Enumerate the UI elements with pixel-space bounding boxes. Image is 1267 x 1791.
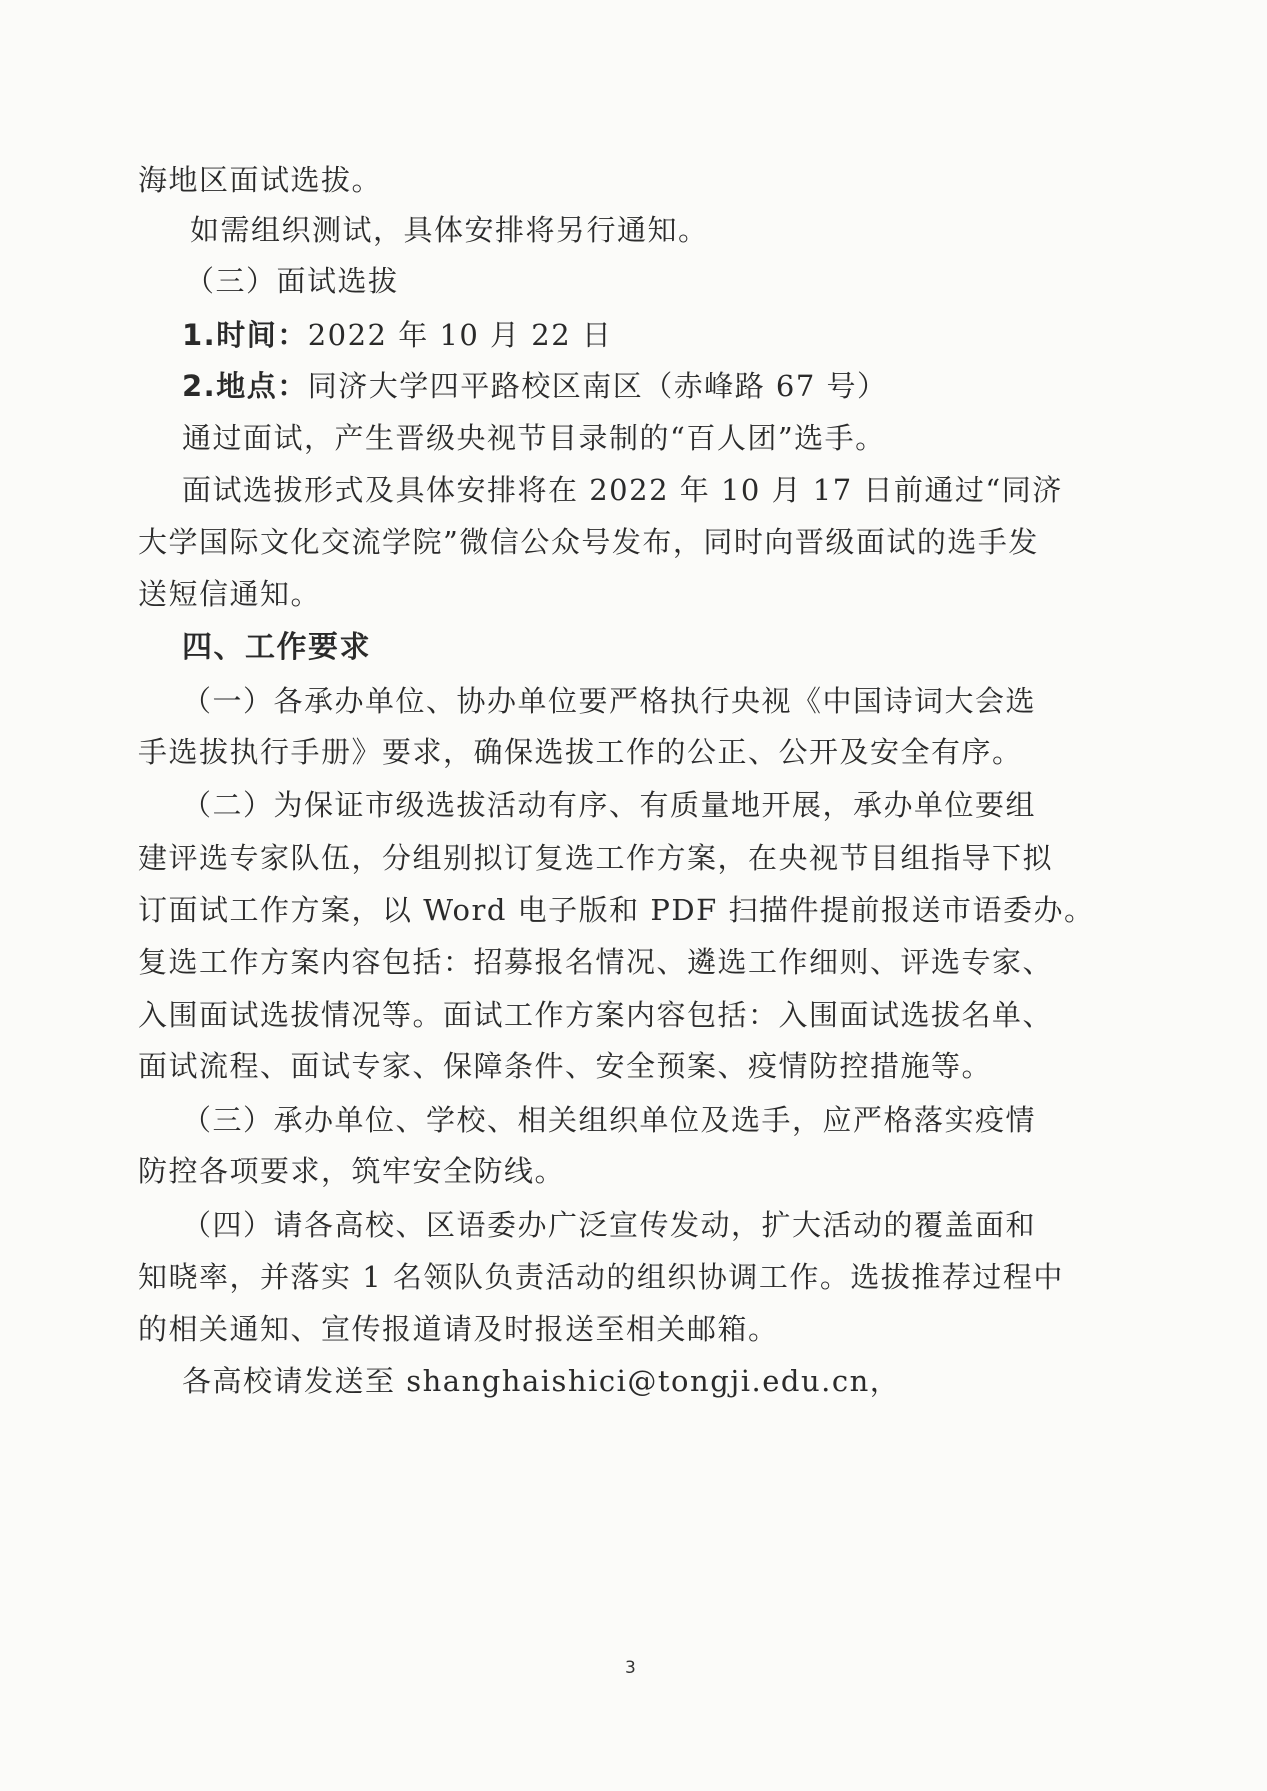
paragraph-line: 面试选拔形式及具体安排将在 2022 年 10 月 17 日前通过“同济: [182, 473, 1063, 507]
time-label: 1.时间：: [182, 318, 308, 352]
paragraph-line: 的相关通知、宣传报道请及时报送至相关邮箱。: [138, 1312, 779, 1346]
paragraph-line: 手选拔执行手册》要求，确保选拔工作的公正、公开及安全有序。: [138, 735, 1023, 769]
paragraph-line: （二）为保证市级选拔活动有序、有质量地开展，承办单位要组: [182, 788, 1036, 822]
paragraph-line: 通过面试，产生晋级央视节目录制的“百人团”选手。: [182, 421, 886, 455]
time-item: 1.时间：2022 年 10 月 22 日: [182, 318, 612, 352]
paragraph-line: 建评选专家队伍，分组别拟订复选工作方案，在央视节目组指导下拟: [138, 841, 1053, 875]
paragraph-line: 知晓率，并落实 1 名领队负责活动的组织协调工作。选拔推荐过程中: [138, 1260, 1064, 1294]
section-heading: 四、工作要求: [182, 631, 371, 665]
paragraph-line: 面试流程、面试专家、保障条件、安全预案、疫情防控措施等。: [138, 1049, 992, 1083]
paragraph-line: 大学国际文化交流学院”微信公众号发布，同时向晋级面试的选手发: [138, 525, 1039, 559]
time-value: 2022 年 10 月 22 日: [308, 318, 613, 352]
paragraph-line: 各高校请发送至 shanghaishici@tongji.edu.cn，: [182, 1364, 900, 1398]
paragraph-line: 订面试工作方案，以 Word 电子版和 PDF 扫描件提前报送市语委办。: [138, 893, 1095, 927]
paragraph-line: 入围面试选拔情况等。面试工作方案内容包括：入围面试选拔名单、: [138, 998, 1053, 1032]
subsection-heading: （三）面试选拔: [185, 264, 399, 298]
paragraph-line: 海地区面试选拔。: [138, 163, 382, 197]
paragraph-line: 防控各项要求，筑牢安全防线。: [138, 1154, 565, 1188]
paragraph-line: 送短信通知。: [138, 577, 321, 611]
paragraph-line: 如需组织测试，具体安排将另行通知。: [190, 213, 709, 247]
paragraph-line: （四）请各高校、区语委办广泛宣传发动，扩大活动的覆盖面和: [182, 1208, 1036, 1242]
paragraph-line: （三）承办单位、学校、相关组织单位及选手，应严格落实疫情: [182, 1103, 1036, 1137]
location-value: 同济大学四平路校区南区（赤峰路 67 号）: [308, 369, 888, 403]
page-number: 3: [625, 1658, 636, 1678]
paragraph-line: 复选工作方案内容包括：招募报名情况、遴选工作细则、评选专家、: [138, 945, 1053, 979]
location-label: 2.地点：: [182, 369, 308, 403]
location-item: 2.地点：同济大学四平路校区南区（赤峰路 67 号）: [182, 369, 888, 403]
paragraph-line: （一）各承办单位、协办单位要严格执行央视《中国诗词大会选: [182, 684, 1036, 718]
